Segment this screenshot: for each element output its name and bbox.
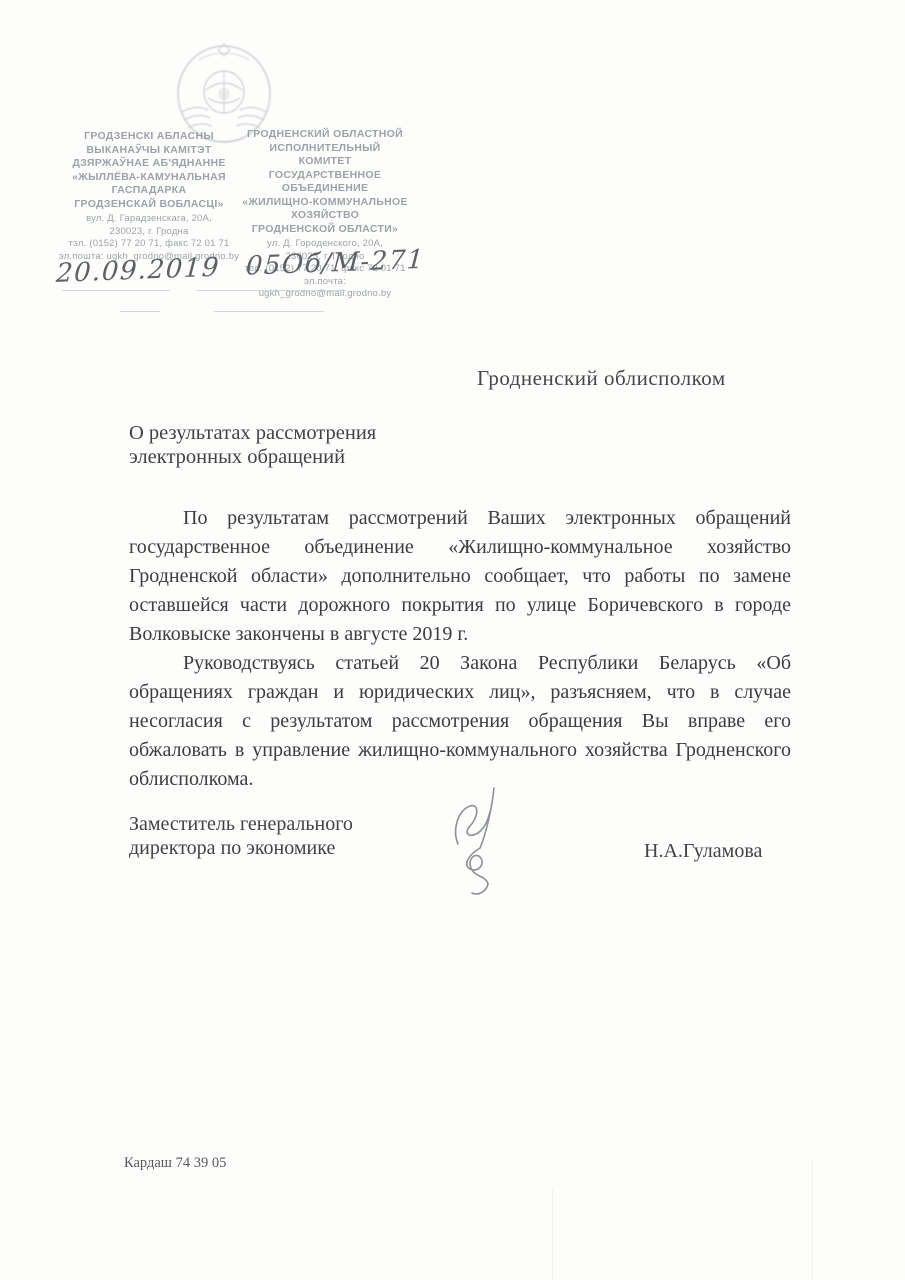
letterhead-line: ГРОДНЕНСКОЙ ОБЛАСТИ» — [242, 223, 408, 237]
letterhead-line: ГОСУДАРСТВЕННОЕ ОБЪЕДИНЕНИЕ — [242, 169, 408, 196]
subject-line: О результатах рассмотрения — [129, 421, 376, 445]
letterhead-line: «ЖЫЛЛЁВА-КАМУНАЛЬНАЯ — [58, 171, 240, 185]
scanned-letter-page: ГРОДЗЕНСКІ АБЛАСНЫ ВЫКАНАЎЧЫ КАМІТЭТ ДЗЯ… — [0, 0, 905, 1280]
signer-position-line: Заместитель генерального — [129, 812, 353, 836]
letterhead-address-line: вул. Д. Гарадзенскага, 20А, — [58, 213, 240, 226]
letterhead-line: ВЫКАНАЎЧЫ КАМІТЭТ — [58, 144, 240, 158]
letterhead-line: ГРОДЗЕНСКАЙ ВОБЛАСЦІ» — [58, 198, 240, 212]
signer-position: Заместитель генерального директора по эк… — [129, 812, 353, 860]
letterhead-address-line: тэл. (0152) 77 20 71, факс 72 01 71 — [58, 238, 240, 251]
handwritten-signature — [428, 782, 538, 897]
form-rule-line — [214, 311, 324, 312]
letterhead-line: ДЗЯРЖАЎНАЕ АБ'ЯДНАННЕ — [58, 157, 240, 171]
form-rule-line — [62, 290, 170, 291]
addressee: Гродненский облисполком — [477, 366, 726, 391]
body-paragraph: По результатам рассмотрений Ваших электр… — [129, 504, 791, 649]
letterhead-line: ГРОДНЕНСКИЙ ОБЛАСТНОЙ — [242, 128, 408, 142]
body-paragraph: Руководствуясь статьей 20 Закона Республ… — [129, 649, 791, 794]
signer-position-line: директора по экономике — [129, 836, 353, 860]
subject-heading: О результатах рассмотрения электронных о… — [129, 421, 376, 469]
letter-body: По результатам рассмотрений Ваших электр… — [129, 504, 791, 794]
scan-artifact-line — [552, 1190, 553, 1280]
executor-contact: Кардаш 74 39 05 — [124, 1155, 226, 1172]
letterhead-line: «ЖИЛИЩНО-КОММУНАЛЬНОЕ — [242, 196, 408, 210]
subject-line: электронных обращений — [129, 445, 376, 469]
letterhead-line: ГРОДЗЕНСКІ АБЛАСНЫ — [58, 130, 240, 144]
letterhead-line: ИСПОЛНИТЕЛЬНЫЙ КОМИТЕТ — [242, 142, 408, 169]
signer-name: Н.А.Гуламова — [644, 840, 762, 863]
scan-artifact-line — [812, 1160, 813, 1280]
letterhead-address-line: 230023, г. Гродна — [58, 226, 240, 239]
letterhead-belarusian: ГРОДЗЕНСКІ АБЛАСНЫ ВЫКАНАЎЧЫ КАМІТЭТ ДЗЯ… — [58, 130, 240, 263]
letterhead-line: ХОЗЯЙСТВО — [242, 209, 408, 223]
form-rule-line — [196, 290, 346, 291]
registration-date: 20.09.2019 — [55, 253, 221, 289]
form-rule-line — [120, 311, 160, 312]
letterhead-line: ГАСПАДАРКА — [58, 184, 240, 198]
